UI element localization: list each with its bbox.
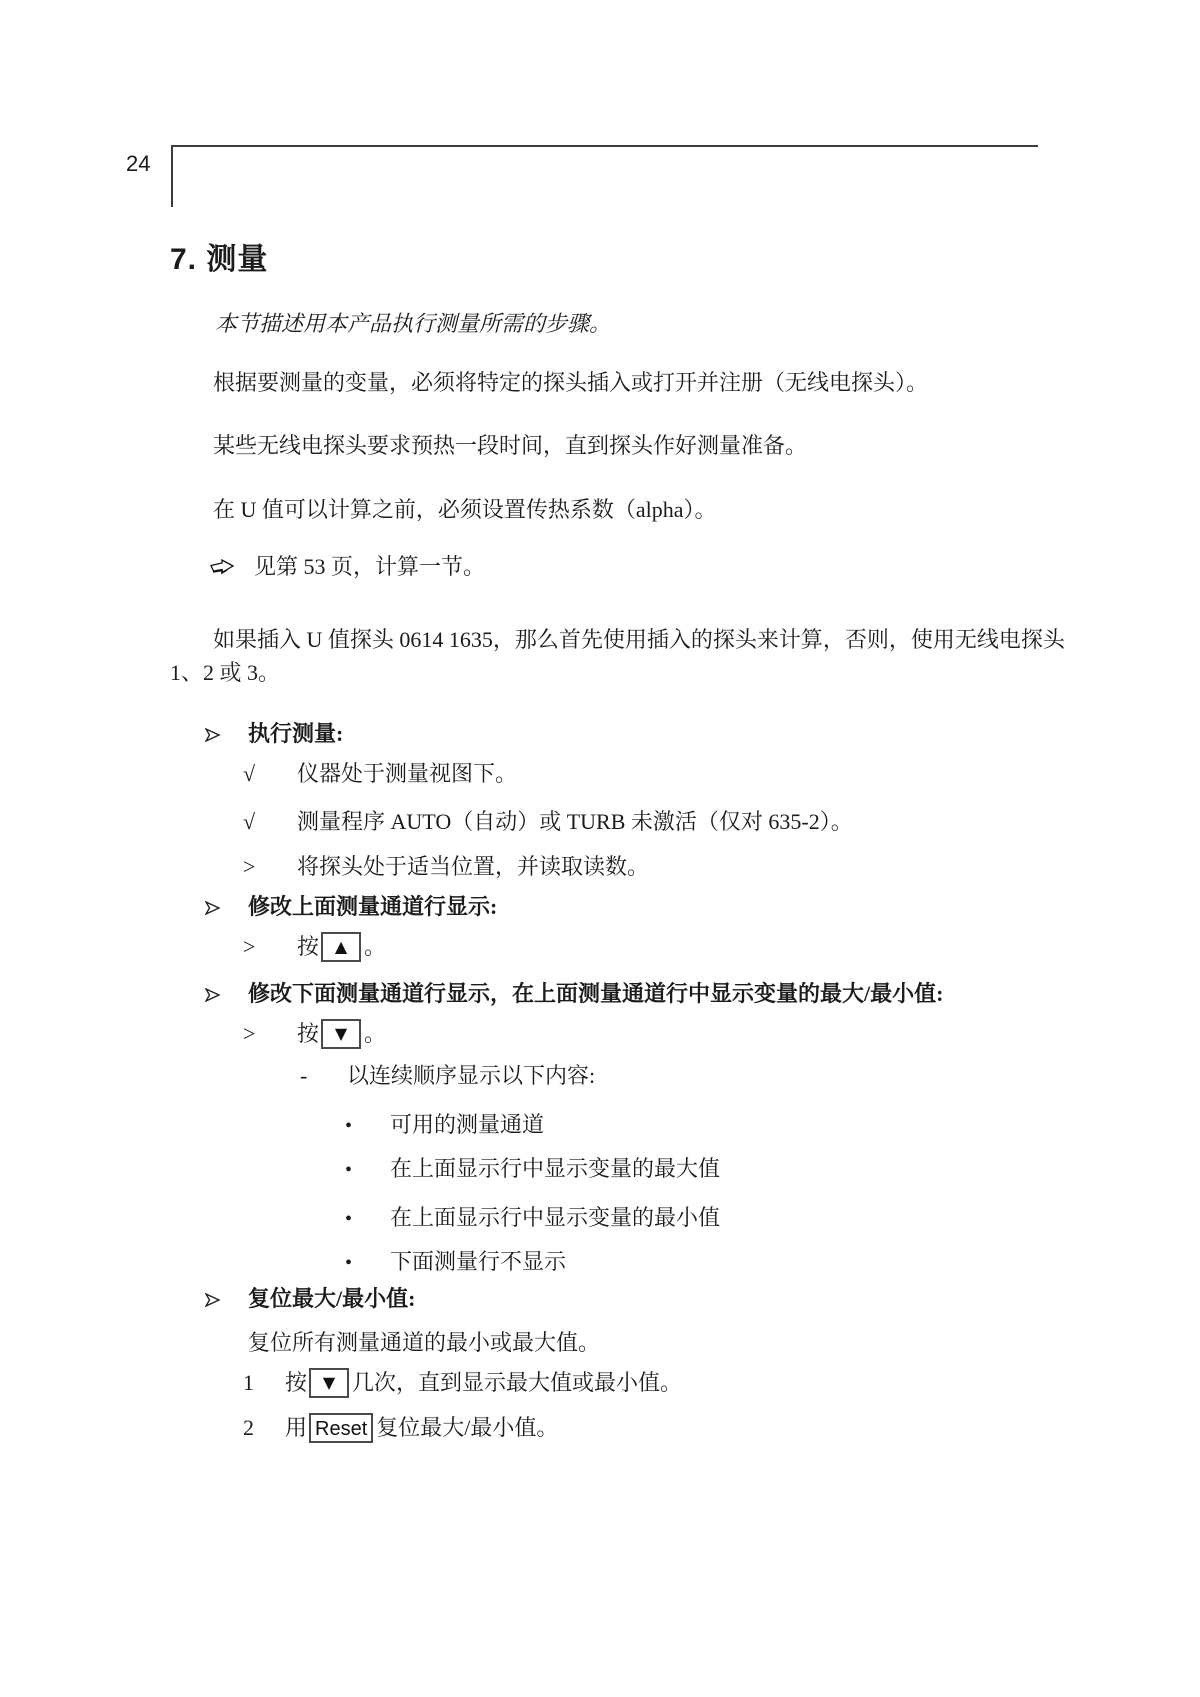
list-item-upper-heading: 修改上面测量通道行显示: — [205, 893, 497, 921]
sequence-item-text: 下面测量行不显示 — [390, 1249, 566, 1274]
cross-reference-arrow-icon — [210, 559, 234, 575]
gt-marker: > — [243, 1019, 297, 1049]
reset-key: Reset — [309, 1413, 373, 1443]
bullet-marker: • — [345, 1112, 390, 1140]
page-number: 24 — [126, 151, 150, 177]
bullet-marker: • — [345, 1156, 390, 1184]
reset-step-2: 2用Reset复位最大/最小值。 — [243, 1413, 558, 1443]
check-marker: √ — [243, 760, 297, 788]
header-rule-vertical — [171, 145, 173, 207]
sentence-period: 。 — [364, 1019, 386, 1049]
sequence-item-text: 在上面显示行中显示变量的最小值 — [390, 1205, 720, 1230]
paragraph-uprobe-line1: 如果插入 U 值探头 0614 1635，那么首先使用插入的探头来计算，否则，使… — [213, 626, 1065, 654]
sequence-item-text: 在上面显示行中显示变量的最大值 — [390, 1156, 720, 1181]
perform-heading: 执行测量: — [248, 721, 343, 746]
action-press-up: >按▲。 — [243, 932, 386, 962]
arrow-up-icon: ▲ — [325, 939, 357, 955]
paragraph-probe-register: 根据要测量的变量，必须将特定的探头插入或打开并注册（无线电探头）。 — [213, 369, 928, 397]
action-position-probe: >将探头处于适当位置，并读取读数。 — [243, 853, 649, 881]
list-item-lower-heading: 修改下面测量通道行显示，在上面测量通道行中显示变量的最大/最小值: — [205, 980, 943, 1008]
intro-note: 本节描述用本产品执行测量所需的步骤。 — [215, 310, 611, 338]
bullet-marker: • — [345, 1205, 390, 1233]
arrow-down-key: ▼ — [321, 1019, 361, 1049]
paragraph-alpha: 在 U 值可以计算之前，必须设置传热系数（alpha）。 — [213, 496, 717, 524]
sentence-period: 。 — [364, 932, 386, 962]
step-number: 1 — [243, 1368, 285, 1398]
header-rule-horizontal — [171, 145, 1038, 147]
cross-reference-text: 见第 53 页，计算一节。 — [254, 553, 485, 581]
press-label: 按 — [297, 1019, 319, 1049]
manual-page: 24 7. 测量 本节描述用本产品执行测量所需的步骤。 根据要测量的变量，必须将… — [0, 0, 1200, 1697]
condition-text: 测量程序 AUTO（自动）或 TURB 未激活（仅对 635-2）。 — [297, 809, 853, 834]
upper-heading: 修改上面测量通道行显示: — [248, 894, 497, 919]
arrow-bullet-icon — [205, 980, 248, 1008]
press-label: 按 — [297, 932, 319, 962]
reset-description: 复位所有测量通道的最小或最大值。 — [248, 1329, 600, 1357]
gt-marker: > — [243, 932, 297, 962]
arrow-down-key: ▼ — [309, 1368, 349, 1398]
reset-heading: 复位最大/最小值: — [248, 1286, 415, 1311]
reset-key-label: Reset — [311, 1417, 371, 1439]
paragraph-uprobe-line2: 1、2 或 3。 — [170, 659, 280, 687]
arrow-bullet-icon — [205, 1285, 248, 1313]
paragraph-warmup: 某些无线电探头要求预热一段时间，直到探头作好测量准备。 — [213, 432, 807, 460]
cross-reference-line: 见第 53 页，计算一节。 — [210, 552, 485, 582]
step-number: 2 — [243, 1413, 285, 1443]
list-item-perform-heading: 执行测量: — [205, 720, 343, 748]
action-press-down: >按▼。 — [243, 1019, 386, 1049]
arrow-up-key: ▲ — [321, 932, 361, 962]
sequence-item: •可用的测量通道 — [345, 1111, 544, 1140]
arrow-down-icon: ▼ — [313, 1375, 345, 1391]
dash-marker: - — [300, 1062, 347, 1090]
sequence-item: •下面测量行不显示 — [345, 1248, 566, 1277]
arrow-bullet-icon — [205, 720, 248, 748]
arrow-down-icon: ▼ — [325, 1026, 357, 1042]
condition-measuring-view: √仪器处于测量视图下。 — [243, 760, 517, 788]
step-text: 几次，直到显示最大值或最小值。 — [352, 1368, 682, 1398]
step-text: 复位最大/最小值。 — [376, 1413, 558, 1443]
sequence-intro-text: 以连续顺序显示以下内容: — [347, 1063, 595, 1088]
bullet-marker: • — [345, 1249, 390, 1277]
list-item-reset-heading: 复位最大/最小值: — [205, 1285, 415, 1313]
condition-text: 仪器处于测量视图下。 — [297, 761, 517, 786]
sequence-item-text: 可用的测量通道 — [390, 1112, 544, 1137]
press-label: 用 — [285, 1413, 307, 1443]
gt-marker: > — [243, 853, 297, 881]
press-label: 按 — [285, 1368, 307, 1398]
action-text: 将探头处于适当位置，并读取读数。 — [297, 854, 649, 879]
reset-step-1: 1按▼几次，直到显示最大值或最小值。 — [243, 1368, 682, 1398]
arrow-bullet-icon — [205, 893, 248, 921]
condition-program-inactive: √测量程序 AUTO（自动）或 TURB 未激活（仅对 635-2）。 — [243, 808, 853, 836]
lower-heading: 修改下面测量通道行显示，在上面测量通道行中显示变量的最大/最小值: — [248, 981, 943, 1006]
check-marker: √ — [243, 808, 297, 836]
section-title: 7. 测量 — [170, 234, 268, 278]
sequence-item: •在上面显示行中显示变量的最小值 — [345, 1204, 720, 1233]
sequence-item: •在上面显示行中显示变量的最大值 — [345, 1155, 720, 1184]
sequence-intro: -以连续顺序显示以下内容: — [300, 1062, 595, 1090]
